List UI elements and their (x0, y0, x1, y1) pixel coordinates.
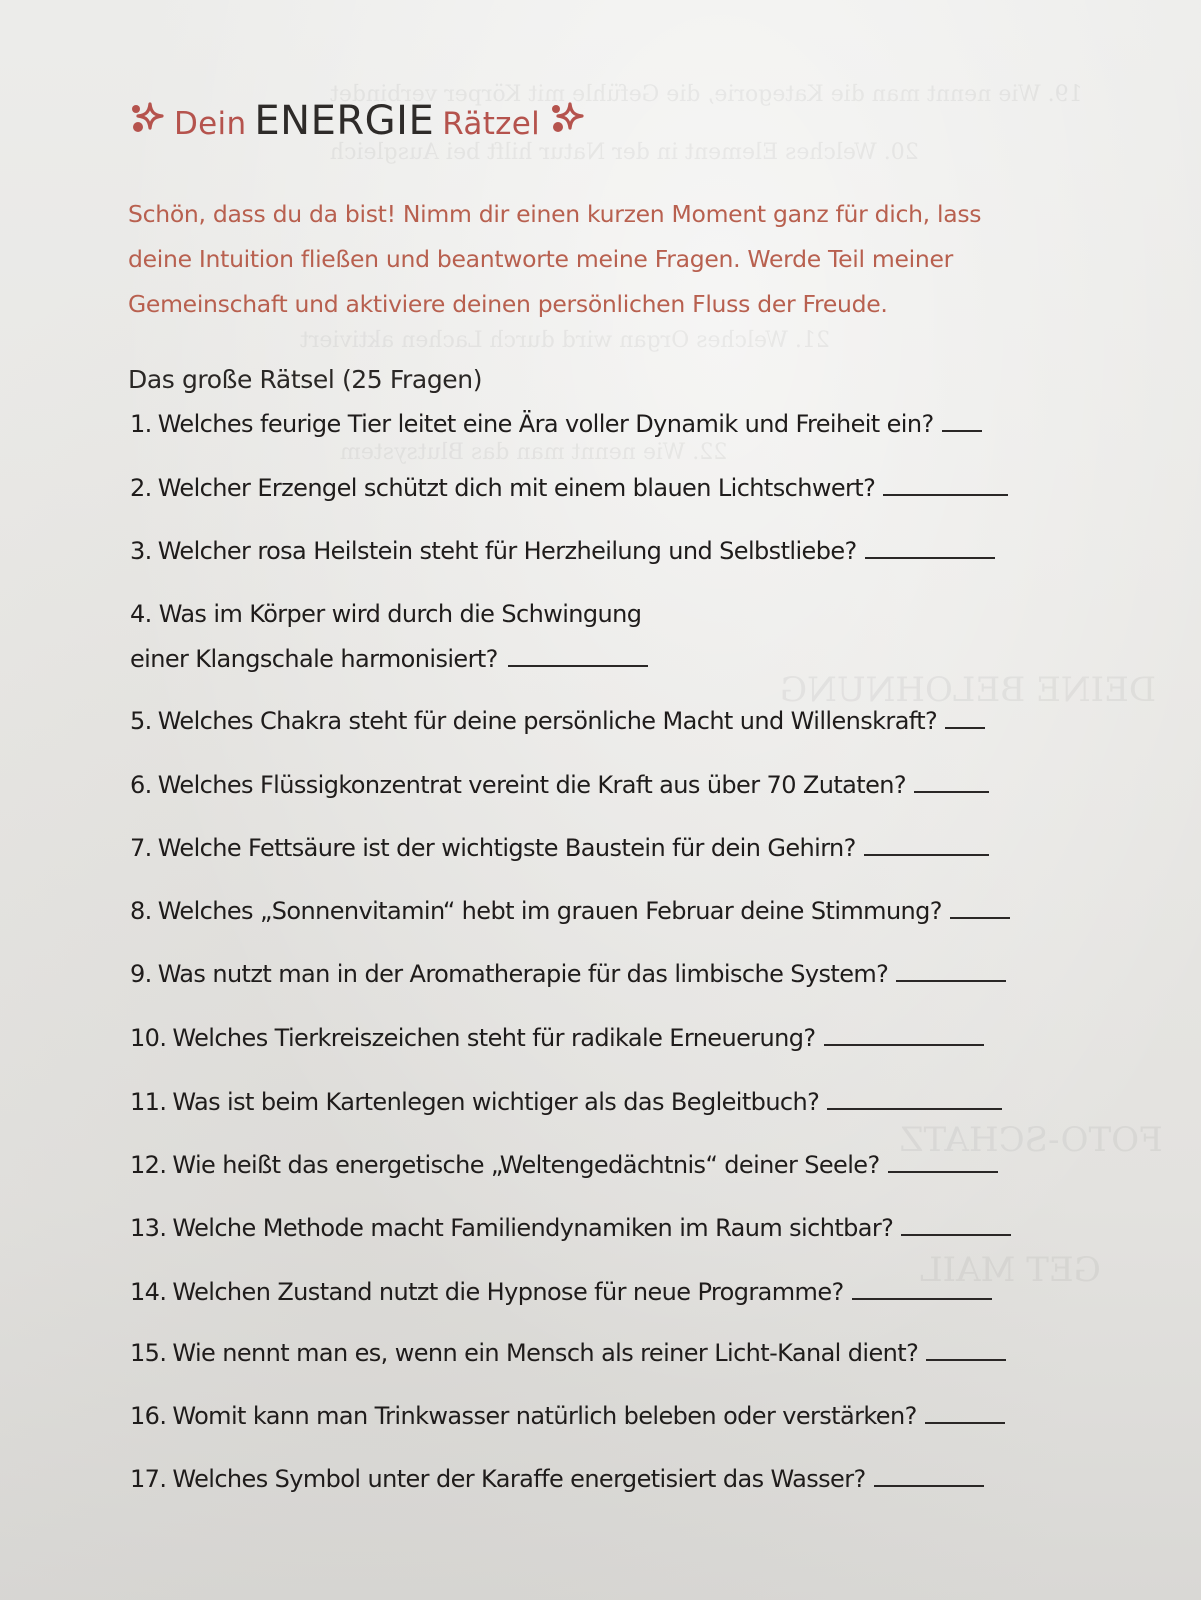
question-number: 11. (130, 1088, 166, 1116)
question-text: Womit kann man Trinkwasser natürlich bel… (172, 1402, 916, 1430)
question-text: Welche Methode macht Familiendynamiken i… (172, 1214, 893, 1242)
answer-blank[interactable] (852, 1280, 992, 1300)
question-12: 12. Wie heißt das energetische „Weltenge… (130, 1151, 1050, 1179)
question-7: 7. Welche Fettsäure ist der wichtigste B… (130, 834, 1050, 862)
question-number: 2. (130, 474, 152, 502)
question-text: Welcher Erzengel schützt dich mit einem … (158, 474, 876, 502)
question-6: 6. Welches Flüssigkonzentrat vereint die… (130, 771, 1050, 799)
question-number: 1. (130, 410, 152, 438)
answer-blank[interactable] (950, 899, 1010, 919)
answer-blank[interactable] (865, 539, 995, 559)
question-14: 14. Welchen Zustand nutzt die Hypnose fü… (130, 1278, 1050, 1306)
question-text: Was ist beim Kartenlegen wichtiger als d… (172, 1088, 819, 1116)
question-number: 5. (130, 707, 152, 735)
question-number: 16. (130, 1402, 166, 1430)
title-word-raetsel: Rätzel (442, 106, 540, 142)
question-1: 1. Welches feurige Tier leitet eine Ära … (130, 410, 1050, 438)
question-text-line1: Was im Körper wird durch die Schwingung (159, 600, 642, 628)
question-text: Was nutzt man in der Aromatherapie für d… (158, 960, 889, 988)
question-5: 5. Welches Chakra steht für deine persön… (130, 707, 1050, 735)
question-13: 13. Welche Methode macht Familiendynamik… (130, 1214, 1050, 1242)
question-text: Welcher rosa Heilstein steht für Herzhei… (158, 537, 857, 565)
question-number: 4. (130, 600, 152, 628)
question-10: 10. Welches Tierkreiszeichen steht für r… (130, 1024, 1050, 1052)
question-number: 8. (130, 897, 152, 925)
question-number: 12. (130, 1151, 166, 1179)
question-15: 15. Wie nennt man es, wenn ein Mensch al… (130, 1339, 1050, 1367)
question-text-line2: einer Klangschale harmonisiert? (130, 645, 498, 673)
title-word-dein: Dein (174, 106, 246, 142)
title-word-energie: ENERGIE (254, 98, 434, 144)
question-2: 2. Welcher Erzengel schützt dich mit ein… (130, 474, 1050, 502)
question-text: Wie nennt man es, wenn ein Mensch als re… (172, 1339, 918, 1367)
question-number: 14. (130, 1278, 166, 1306)
sparkle-icon (128, 100, 166, 142)
question-text: Welches feurige Tier leitet eine Ära vol… (158, 410, 934, 438)
question-9: 9. Was nutzt man in der Aromatherapie fü… (130, 960, 1050, 988)
question-text: Welches Flüssigkonzentrat vereint die Kr… (158, 771, 906, 799)
answer-blank[interactable] (901, 1216, 1011, 1236)
question-text: Welches Symbol unter der Karaffe energet… (172, 1465, 865, 1493)
question-number: 10. (130, 1024, 166, 1052)
question-8: 8. Welches „Sonnenvitamin“ hebt im graue… (130, 897, 1050, 925)
question-number: 15. (130, 1339, 166, 1367)
answer-blank[interactable] (888, 1153, 998, 1173)
answer-blank[interactable] (883, 476, 1008, 496)
question-text: Welchen Zustand nutzt die Hypnose für ne… (172, 1278, 843, 1306)
question-number: 13. (130, 1214, 166, 1242)
question-3: 3. Welcher rosa Heilstein steht für Herz… (130, 537, 1050, 565)
answer-blank[interactable] (925, 1404, 1005, 1424)
question-16: 16. Womit kann man Trinkwasser natürlich… (130, 1402, 1050, 1430)
answer-blank[interactable] (864, 836, 989, 856)
question-number: 7. (130, 834, 152, 862)
question-text: Welche Fettsäure ist der wichtigste Baus… (158, 834, 856, 862)
answer-blank[interactable] (896, 962, 1006, 982)
sparkle-icon (548, 100, 586, 142)
question-number: 6. (130, 771, 152, 799)
question-text: Welches „Sonnenvitamin“ hebt im grauen F… (158, 897, 942, 925)
answer-blank[interactable] (945, 709, 985, 729)
question-text: Welches Tierkreiszeichen steht für radik… (172, 1024, 815, 1052)
question-17: 17. Welches Symbol unter der Karaffe ene… (130, 1465, 1050, 1493)
question-number: 3. (130, 537, 152, 565)
question-text: Wie heißt das energetische „Weltengedäch… (172, 1151, 879, 1179)
answer-blank[interactable] (926, 1341, 1006, 1361)
question-text: Welches Chakra steht für deine persönlic… (158, 707, 937, 735)
answer-blank[interactable] (508, 647, 648, 667)
answer-blank[interactable] (874, 1467, 984, 1487)
question-4: 4. Was im Körper wird durch die Schwingu… (130, 592, 648, 682)
answer-blank[interactable] (827, 1090, 1002, 1110)
question-11: 11. Was ist beim Kartenlegen wichtiger a… (130, 1088, 1050, 1116)
answer-blank[interactable] (824, 1026, 984, 1046)
answer-blank[interactable] (942, 412, 982, 432)
question-number: 17. (130, 1465, 166, 1493)
intro-paragraph: Schön, dass du da bist! Nimm dir einen k… (128, 192, 1018, 327)
page-title: Dein ENERGIE Rätzel (128, 98, 586, 144)
question-number: 9. (130, 960, 152, 988)
answer-blank[interactable] (914, 773, 989, 793)
quiz-heading: Das große Rätsel (25 Fragen) (128, 365, 482, 394)
